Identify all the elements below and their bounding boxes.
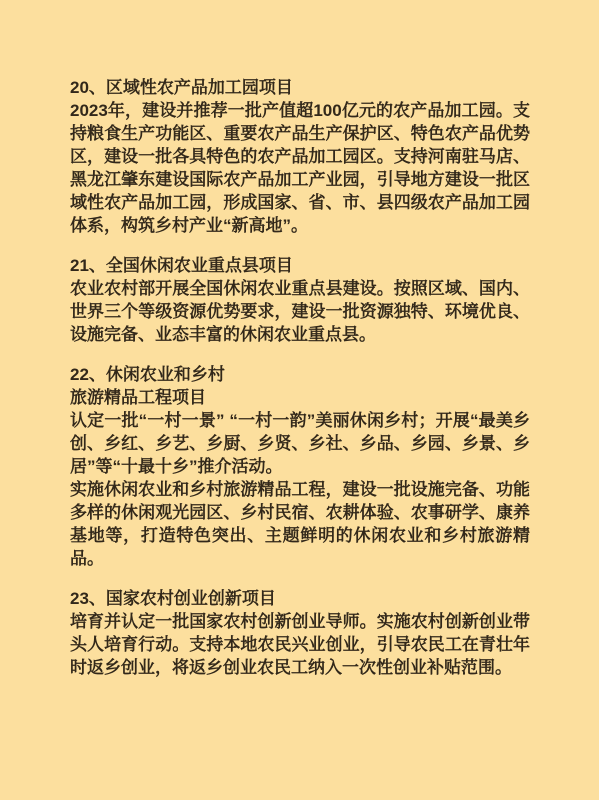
section-heading: 旅游精品工程项目	[70, 386, 530, 409]
section-heading: 20、区域性农产品加工园项目	[70, 76, 530, 99]
section-paragraph: 培育并认定一批国家农村创新创业导师。实施农村创新创业带头人培育行动。支持本地农民…	[70, 610, 530, 679]
section-heading: 21、全国休闲农业重点县项目	[70, 254, 530, 277]
section-paragraph: 实施休闲农业和乡村旅游精品工程，建设一批设施完备、功能多样的休闲观光园区、乡村民…	[70, 478, 530, 570]
project-section: 20、区域性农产品加工园项目2023年，建设并推荐一批产值超100亿元的农产品加…	[70, 76, 530, 237]
project-section: 23、国家农村创业创新项目培育并认定一批国家农村创新创业导师。实施农村创新创业带…	[70, 587, 530, 679]
section-paragraph: 2023年，建设并推荐一批产值超100亿元的农产品加工园。支持粮食生产功能区、重…	[70, 99, 530, 237]
document-page: 20、区域性农产品加工园项目2023年，建设并推荐一批产值超100亿元的农产品加…	[0, 0, 599, 800]
project-section: 22、休闲农业和乡村旅游精品工程项目认定一批“一村一景” “一村一韵”美丽休闲乡…	[70, 363, 530, 570]
section-heading: 23、国家农村创业创新项目	[70, 587, 530, 610]
document-body: 20、区域性农产品加工园项目2023年，建设并推荐一批产值超100亿元的农产品加…	[70, 76, 530, 679]
section-heading: 22、休闲农业和乡村	[70, 363, 530, 386]
section-paragraph: 农业农村部开展全国休闲农业重点县建设。按照区域、国内、世界三个等级资源优势要求，…	[70, 277, 530, 346]
section-paragraph: 认定一批“一村一景” “一村一韵”美丽休闲乡村；开展“最美乡创、乡红、乡艺、乡厨…	[70, 409, 530, 478]
project-section: 21、全国休闲农业重点县项目农业农村部开展全国休闲农业重点县建设。按照区域、国内…	[70, 254, 530, 346]
